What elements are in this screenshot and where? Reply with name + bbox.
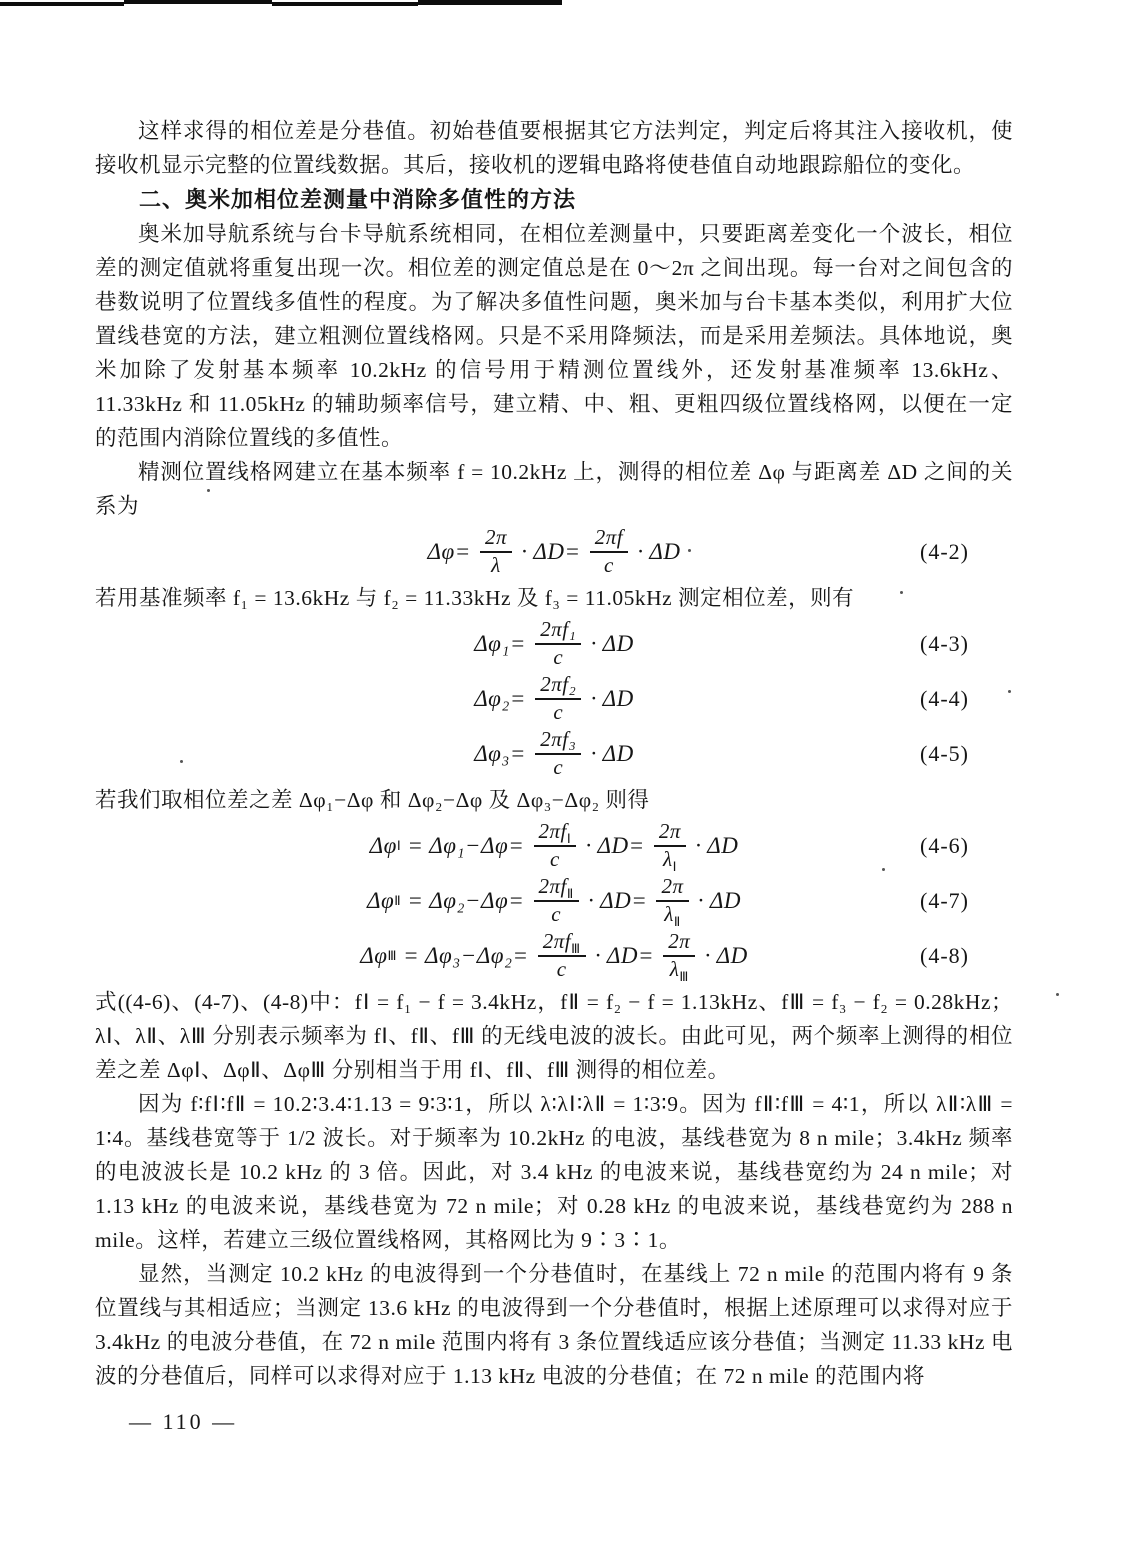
fraction-denominator: c (557, 957, 567, 982)
subscript: Ⅱ (567, 887, 574, 902)
page-content: 这样求得的相位差是分巷值。初始巷值要根据其它方法判定，判定后将其注入接收机，使接… (95, 114, 1013, 1435)
formula-4-2: Δφ= 2π λ · ΔD= 2πf c · ΔD (427, 526, 680, 577)
fraction-numerator: 2π (654, 820, 686, 847)
equation-4-8: ΔφⅢ = Δφ₃−Δφ₂= 2πfⅢ c · ΔD= 2π λⅢ · ΔD (… (95, 930, 1013, 982)
formula-lhs-rest: = Δφ₃−Δφ₂= (397, 943, 535, 969)
equation-number: (4-8) (920, 943, 969, 969)
formula-4-5: Δφ₃= 2πf₃ c · ΔD (474, 728, 634, 779)
fraction-numerator: 2πfⅠ (534, 820, 577, 847)
fraction: 2π λ (480, 526, 512, 577)
subscript: Ⅱ (674, 914, 681, 929)
paragraph-difference-frequency-definitions: 式((4-6)、(4-7)、(4-8)中：fⅠ = f₁ − f = 3.4kH… (95, 985, 1013, 1087)
equation-number: (4-3) (920, 631, 969, 657)
fraction: 2πf₂ c (535, 673, 581, 724)
fraction-numerator: 2πfⅡ (534, 875, 579, 902)
formula-middle: · ΔD= (515, 539, 587, 565)
fraction-denominator: λ (491, 553, 501, 578)
paragraph-frequency-ratios: 因为 f∶fⅠ∶fⅡ = 10.2∶3.4∶1.13 = 9∶3∶1，所以 λ∶… (95, 1087, 1013, 1257)
fraction: 2πf₁ c (535, 618, 581, 669)
fraction-denominator: c (553, 755, 563, 780)
equation-number: (4-7) (920, 888, 969, 914)
fraction-denominator: λⅠ (663, 847, 677, 872)
numerator-text: 2πf (539, 819, 567, 843)
scan-artifact-bar (124, 0, 272, 4)
subscript: Ⅰ (673, 859, 677, 874)
equation-number: (4-6) (920, 833, 969, 859)
fraction-numerator: 2πf₃ (535, 728, 581, 755)
denominator-text: λ (670, 957, 680, 981)
formula-lhs: Δφ₁= (474, 631, 532, 657)
fraction-numerator: 2π (663, 930, 695, 957)
formula-lhs: Δφ₂= (474, 686, 532, 712)
formula-4-4: Δφ₂= 2πf₂ c · ΔD (474, 673, 634, 724)
equation-4-3: Δφ₁= 2πf₁ c · ΔD (4-3) (95, 618, 1013, 670)
fraction-denominator: λⅡ (664, 902, 681, 927)
fraction: 2π λⅢ (663, 930, 695, 981)
fraction-numerator: 2πf (590, 526, 628, 553)
formula-4-7: ΔφⅡ = Δφ₂−Δφ= 2πfⅡ c · ΔD= 2π λⅡ · ΔD (367, 875, 741, 926)
scan-artifact-bar (0, 2, 124, 6)
equation-4-5: Δφ₃= 2πf₃ c · ΔD (4-5) (95, 728, 1013, 780)
formula-4-8: ΔφⅢ = Δφ₃−Δφ₂= 2πfⅢ c · ΔD= 2π λⅢ · ΔD (360, 930, 748, 981)
formula-lhs: Δφ (370, 833, 397, 859)
section-heading: 二、奥米加相位差测量中消除多值性的方法 (95, 182, 1013, 217)
subscript: Ⅲ (571, 942, 580, 957)
fraction-numerator: 2π (656, 875, 688, 902)
scan-artifact-bar (418, 0, 562, 5)
formula-middle: · ΔD= (589, 943, 661, 969)
fraction-numerator: 2πf₁ (535, 618, 581, 645)
formula-tail: · ΔD (584, 631, 633, 657)
fraction: 2πf₃ c (535, 728, 581, 779)
numerator-text: 2πf (539, 874, 567, 898)
equation-4-7: ΔφⅡ = Δφ₂−Δφ= 2πfⅡ c · ΔD= 2π λⅡ · ΔD (4… (95, 875, 1013, 927)
formula-4-6: ΔφⅠ = Δφ₁−Δφ= 2πfⅠ c · ΔD= 2π λⅠ · ΔD (370, 820, 739, 871)
formula-lhs: Δφ (367, 888, 394, 914)
formula-middle: · ΔD= (582, 888, 654, 914)
fraction-numerator: 2πf₂ (535, 673, 581, 700)
page-number: — 110 — (129, 1409, 1013, 1435)
formula-tail: · ΔD (631, 539, 680, 565)
formula-tail: · ΔD (689, 833, 738, 859)
fraction: 2πf c (590, 526, 628, 577)
formula-lhs-rest: = Δφ₁−Δφ= (401, 833, 530, 859)
paragraph-lane-value-intro: 这样求得的相位差是分巷值。初始巷值要根据其它方法判定，判定后将其注入接收机，使接… (95, 114, 1013, 182)
subscript: Ⅲ (679, 969, 688, 984)
equation-4-6: ΔφⅠ = Δφ₁−Δφ= 2πfⅠ c · ΔD= 2π λⅠ · ΔD (4… (95, 820, 1013, 872)
fraction: 2π λⅠ (654, 820, 686, 871)
denominator-text: λ (664, 902, 674, 926)
formula-lhs: Δφ= (427, 539, 477, 565)
scan-artifact-bar (272, 2, 418, 6)
equation-4-4: Δφ₂= 2πf₂ c · ΔD (4-4) (95, 673, 1013, 725)
formula-4-3: Δφ₁= 2πf₁ c · ΔD (474, 618, 634, 669)
fraction-denominator: c (550, 847, 560, 872)
fraction: 2πfⅠ c (534, 820, 577, 871)
fraction-denominator: c (553, 645, 563, 670)
fraction-denominator: c (551, 902, 561, 927)
formula-tail: · ΔD (692, 888, 741, 914)
fraction: 2πfⅡ c (534, 875, 579, 926)
equation-number: (4-4) (920, 686, 969, 712)
paragraph-fine-grid-lead-in: 精测位置线格网建立在基本频率 f = 10.2kHz 上，测得的相位差 Δφ 与… (95, 455, 1013, 523)
fraction-denominator: λⅢ (670, 957, 689, 982)
formula-lhs: Δφ (360, 943, 387, 969)
paragraph-omega-vs-decca: 奥米加导航系统与台卡导航系统相同，在相位差测量中，只要距离差变化一个波长，相位差… (95, 217, 1013, 455)
scan-speck (1056, 993, 1059, 996)
paragraph-phase-difference-of-differences: 若我们取相位差之差 Δφ₁−Δφ 和 Δφ₂−Δφ 及 Δφ₃−Δφ₂ 则得 (95, 783, 1013, 817)
equation-number: (4-2) (920, 539, 969, 565)
fraction-denominator: c (604, 553, 614, 578)
fraction: 2π λⅡ (656, 875, 688, 926)
formula-lhs: Δφ₃= (474, 741, 532, 767)
numerator-text: 2πf (543, 929, 571, 953)
fraction: 2πfⅢ c (538, 930, 586, 981)
fraction-numerator: 2πfⅢ (538, 930, 586, 957)
denominator-text: λ (663, 847, 673, 871)
formula-lhs-rest: = Δφ₂−Δφ= (401, 888, 530, 914)
paragraph-reference-frequencies: 若用基准频率 f₁ = 13.6kHz 与 f₂ = 11.33kHz 及 f₃… (95, 581, 1013, 615)
equation-4-2: Δφ= 2π λ · ΔD= 2πf c · ΔD (4-2) (95, 526, 1013, 578)
subscript: Ⅰ (567, 832, 571, 847)
fraction-numerator: 2π (480, 526, 512, 553)
formula-tail: · ΔD (584, 686, 633, 712)
scanned-book-page: { "page": { "number": "— 110 —", "colors… (0, 0, 1122, 1568)
paragraph-lane-resolution: 显然，当测定 10.2 kHz 的电波得到一个分巷值时，在基线上 72 n mi… (95, 1257, 1013, 1393)
equation-number: (4-5) (920, 741, 969, 767)
formula-tail: · ΔD (698, 943, 747, 969)
fraction-denominator: c (553, 700, 563, 725)
formula-tail: · ΔD (584, 741, 633, 767)
formula-middle: · ΔD= (579, 833, 651, 859)
